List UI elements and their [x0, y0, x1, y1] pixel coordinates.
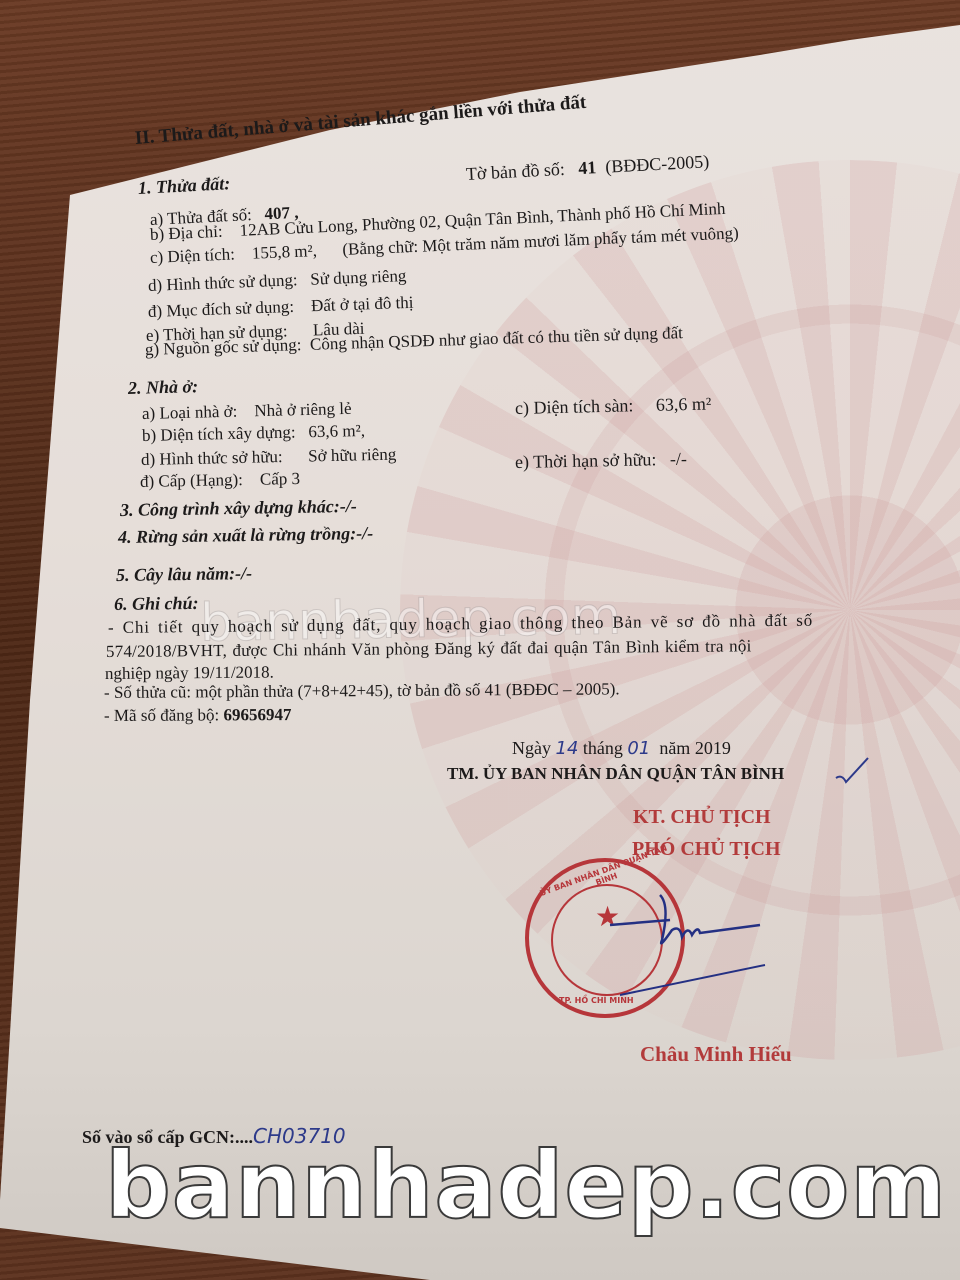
issue-day: 14	[556, 738, 579, 759]
certificate-page: bannhadep.com II. Thửa đất, nhà ở và tài…	[0, 0, 960, 1280]
house-heading: 2. Nhà ở:	[128, 376, 199, 399]
land-item-usage-form: d) Hình thức sử dụng: Sử dụng riêng	[148, 266, 407, 296]
map-sheet: Tờ bản đồ số: 41 (BĐĐC-2005)	[465, 151, 709, 185]
note-line-4: - Số thửa cũ: một phần thửa (7+8+42+45),…	[104, 679, 620, 703]
signature	[600, 885, 780, 1005]
house-item-ownership-term: e) Thời hạn sở hữu: -/-	[515, 449, 687, 473]
watermark-text: bannhadep.com	[105, 1140, 947, 1232]
perennial-trees: 5. Cây lâu năm:-/-	[116, 563, 252, 586]
registration-code-value: 69656947	[223, 705, 291, 724]
map-sheet-value: 41	[578, 157, 597, 178]
map-sheet-label: Tờ bản đồ số:	[465, 159, 565, 184]
house-item-grade: đ) Cấp (Hạng): Cấp 3	[140, 469, 300, 492]
registration-code: - Mã số đăng bộ: 69656947	[104, 705, 292, 726]
map-sheet-note: (BĐĐC-2005)	[605, 151, 710, 176]
initial-check-mark	[832, 752, 872, 792]
notes-heading: 6. Ghi chú:	[114, 593, 199, 615]
house-item-ownership: d) Hình thức sở hữu: Sở hữu riêng	[141, 445, 397, 470]
land-heading: 1. Thửa đất:	[137, 173, 230, 199]
house-item-floor-area: c) Diện tích sàn: 63,6 m²	[515, 394, 712, 419]
note-line-2: 574/2018/BVHT, được Chi nhánh Văn phòng …	[106, 636, 752, 662]
signer-name: Châu Minh Hiếu	[640, 1042, 792, 1067]
issue-date: Ngày 14 tháng 01 năm 2019	[512, 738, 731, 759]
title-deputy-for-chair: KT. CHỦ TỊCH	[633, 806, 771, 829]
house-item-type: a) Loại nhà ở: Nhà ở riêng lẻ	[142, 399, 352, 424]
land-item-purpose: đ) Mục đích sử dụng: Đất ở tại đô thị	[148, 293, 414, 322]
production-forest: 4. Rừng sản xuất là rừng trồng:-/-	[118, 523, 373, 548]
note-line-3: nghiệp ngày 19/11/2018.	[105, 663, 274, 684]
issue-year: 2019	[695, 738, 731, 758]
other-construction: 3. Công trình xây dựng khác:-/-	[120, 496, 357, 521]
issuing-authority: TM. ỦY BAN NHÂN DÂN QUẬN TÂN BÌNH	[447, 764, 784, 784]
house-item-build-area: b) Diện tích xây dựng: 63,6 m²,	[142, 421, 365, 446]
section-title: II. Thửa đất, nhà ở và tài sản khác gắn …	[134, 92, 587, 150]
issue-month: 01	[627, 738, 650, 759]
